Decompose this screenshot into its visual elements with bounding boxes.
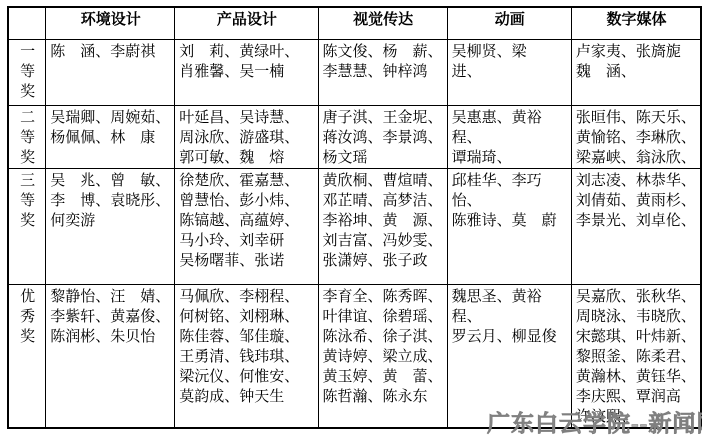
names-cell: 黄欣桐、曹煊晴、 邓芷晴、高梦洁、 李裕坤、黄 源、 刘吉富、冯妙雯、 张潇婷、… [318,168,447,284]
names-cell: 唐子淇、王金坭、 蒋汝鸿、李景鸿、 杨文瑶 [318,105,447,168]
names-cell: 叶延昌、吴诗慧、 周泳欣、游盛琪、 郭可敏、魏 熔 [175,105,318,168]
header-visual-communication: 视觉传达 [318,7,447,39]
names-cell: 吴惠惠、黄裕程、 谭瑞琦、 [447,105,571,168]
names-cell: 黎静怡、汪 婧、 李紫轩、黄嘉俊、 陈润彬、朱贝怡 [46,284,175,428]
table-header-row: 环境设计 产品设计 视觉传达 动画 数字媒体 [8,7,701,39]
table-row-second-prize: 二等奖 吴瑞卿、周婉茹、 杨佩佩、林 康 叶延昌、吴诗慧、 周泳欣、游盛琪、 郭… [8,105,701,168]
names-cell: 马佩欣、李栩程、 何树铭、刘栩琳、 陈佳蓉、邹佳璇、 王勇清、钱玮琪、 梁沅仪、… [175,284,318,428]
names-cell: 张晅伟、陈天乐、 黄愉铭、李琳欣、 梁嘉峡、翁泳欣、 [571,105,701,168]
table-row-third-prize: 三等奖 吴 兆、曾 敏、 李 博、袁晓彤、 何奕游 徐楚欣、霍嘉慧、 曾慧怡、彭… [8,168,701,284]
names-cell: 刘志凌、林恭华、 刘倩茹、黄雨杉、 李景光、刘卓伦、 [571,168,701,284]
corner-cell [8,7,46,39]
names-cell: 陈文俊、杨 薪、 李慧慧、钟梓鸿 [318,39,447,105]
header-product-design: 产品设计 [175,7,318,39]
award-table: 环境设计 产品设计 视觉传达 动画 数字媒体 一等奖 陈 涵、李蔚祺 刘 莉、黄… [7,6,702,429]
names-cell: 徐楚欣、霍嘉慧、 曾慧怡、彭小炜、 陈镐越、高蕴婷、 马小玲、刘幸研 吴杨曙菲、… [175,168,318,284]
table-row-excellence-award: 优秀奖 黎静怡、汪 婧、 李紫轩、黄嘉俊、 陈润彬、朱贝怡 马佩欣、李栩程、 何… [8,284,701,428]
names-cell: 卢家夷、张旖旎 魏 涵、 [571,39,701,105]
row-label-third-prize: 三等奖 [8,168,46,284]
names-cell: 吴柳贤、梁 进、 [447,39,571,105]
row-label-first-prize: 一等奖 [8,39,46,105]
names-cell: 吴嘉欣、张秋华、 周晓泳、韦晓欣、 宋懿琪、叶炜新、 黎照釜、陈柔君、 黄瀚林、… [571,284,701,428]
awards-page: 环境设计 产品设计 视觉传达 动画 数字媒体 一等奖 陈 涵、李蔚祺 刘 莉、黄… [0,0,702,443]
names-cell: 刘 莉、黄绿叶、 肖雅馨、吴一楠 [175,39,318,105]
names-cell: 吴瑞卿、周婉茹、 杨佩佩、林 康 [46,105,175,168]
row-label-second-prize: 二等奖 [8,105,46,168]
row-label-excellence-award: 优秀奖 [8,284,46,428]
names-cell: 李育全、陈秀晖、 叶律谊、徐碧瑶、 陈泳希、徐子淇、 黄诗婷、梁立成、 黄玉婷、… [318,284,447,428]
header-environment-design: 环境设计 [46,7,175,39]
names-cell: 邱桂华、李巧怡、 陈雅诗、莫 蔚 [447,168,571,284]
names-cell: 魏思圣、黄裕程、 罗云月、柳显俊 [447,284,571,428]
header-digital-media: 数字媒体 [571,7,701,39]
table-row-first-prize: 一等奖 陈 涵、李蔚祺 刘 莉、黄绿叶、 肖雅馨、吴一楠 陈文俊、杨 薪、 李慧… [8,39,701,105]
names-cell: 陈 涵、李蔚祺 [46,39,175,105]
names-cell: 吴 兆、曾 敏、 李 博、袁晓彤、 何奕游 [46,168,175,284]
header-animation: 动画 [447,7,571,39]
